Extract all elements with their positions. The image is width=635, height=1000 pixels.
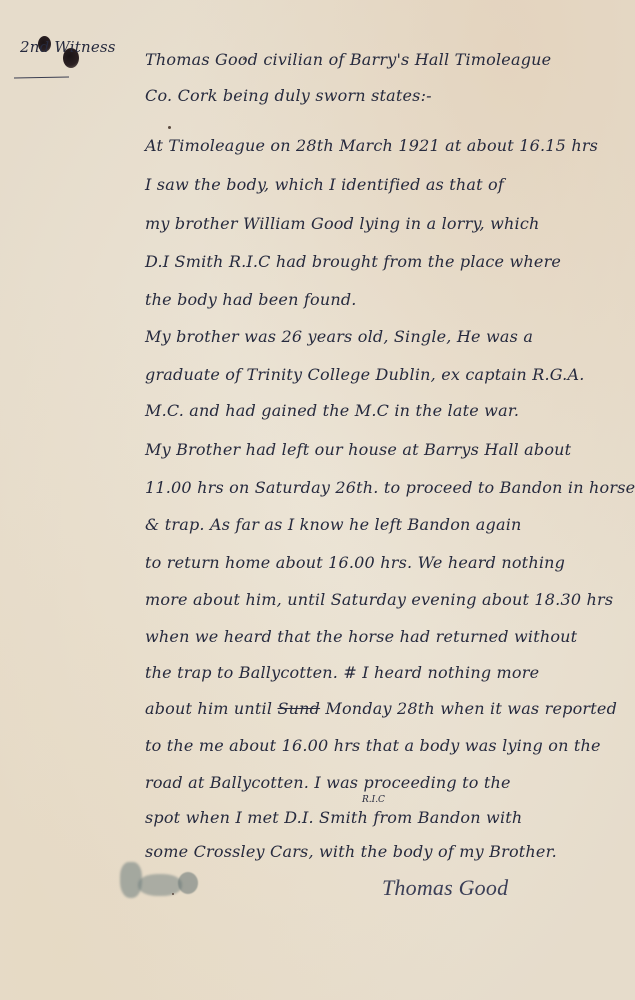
body-line: My Brother had left our house at Barrys … (145, 440, 571, 459)
margin-underline (14, 77, 69, 79)
paper-fleck (243, 58, 245, 60)
body-line: I saw the body, which I identified as th… (145, 175, 504, 194)
body-line: some Crossley Cars, with the body of my … (145, 842, 557, 861)
body-line: M.C. and had gained the M.C in the late … (145, 401, 519, 420)
body-line: D.I Smith R.I.C had brought from the pla… (145, 252, 561, 271)
body-line: spot when I met D.I. Smith from Bandon w… (145, 808, 522, 827)
body-line: 11.00 hrs on Saturday 26th. to proceed t… (145, 478, 635, 497)
paper-fleck (172, 893, 174, 895)
body-line: to return home about 16.00 hrs. We heard… (145, 553, 565, 572)
body-line: At Timoleague on 28th March 1921 at abou… (145, 136, 598, 155)
body-line: graduate of Trinity College Dublin, ex c… (145, 365, 584, 384)
body-line: My brother was 26 years old, Single, He … (145, 327, 533, 346)
body-line: & trap. As far as I know he left Bandon … (145, 515, 522, 534)
body-line: road at Ballycotten. I was proceeding to… (145, 773, 511, 792)
signature: Thomas Good (382, 875, 508, 901)
body-line: more about him, until Saturday evening a… (145, 590, 613, 609)
margin-note: 2nd Witness (20, 38, 116, 56)
body-line: my brother William Good lying in a lorry… (145, 214, 540, 233)
text: Monday 28th when it was reported (320, 699, 617, 718)
body-line: about him until Sund Monday 28th when it… (145, 699, 617, 718)
water-stain (120, 862, 200, 898)
struck-text: Sund (277, 699, 320, 718)
inserted-annotation: R.I.C (362, 795, 385, 805)
paper-fleck (168, 126, 171, 129)
text: about him until (145, 699, 277, 718)
heading-line: Co. Cork being duly sworn states:- (145, 86, 432, 105)
heading-line: Thomas Good civilian of Barry's Hall Tim… (145, 50, 551, 69)
document-page: 2nd Witness Thomas Good civilian of Barr… (0, 0, 635, 1000)
body-line: to the me about 16.00 hrs that a body wa… (145, 736, 601, 755)
body-line: the body had been found. (145, 290, 357, 309)
body-line: the trap to Ballycotten. # I heard nothi… (145, 663, 539, 682)
body-line: when we heard that the horse had returne… (145, 627, 577, 646)
